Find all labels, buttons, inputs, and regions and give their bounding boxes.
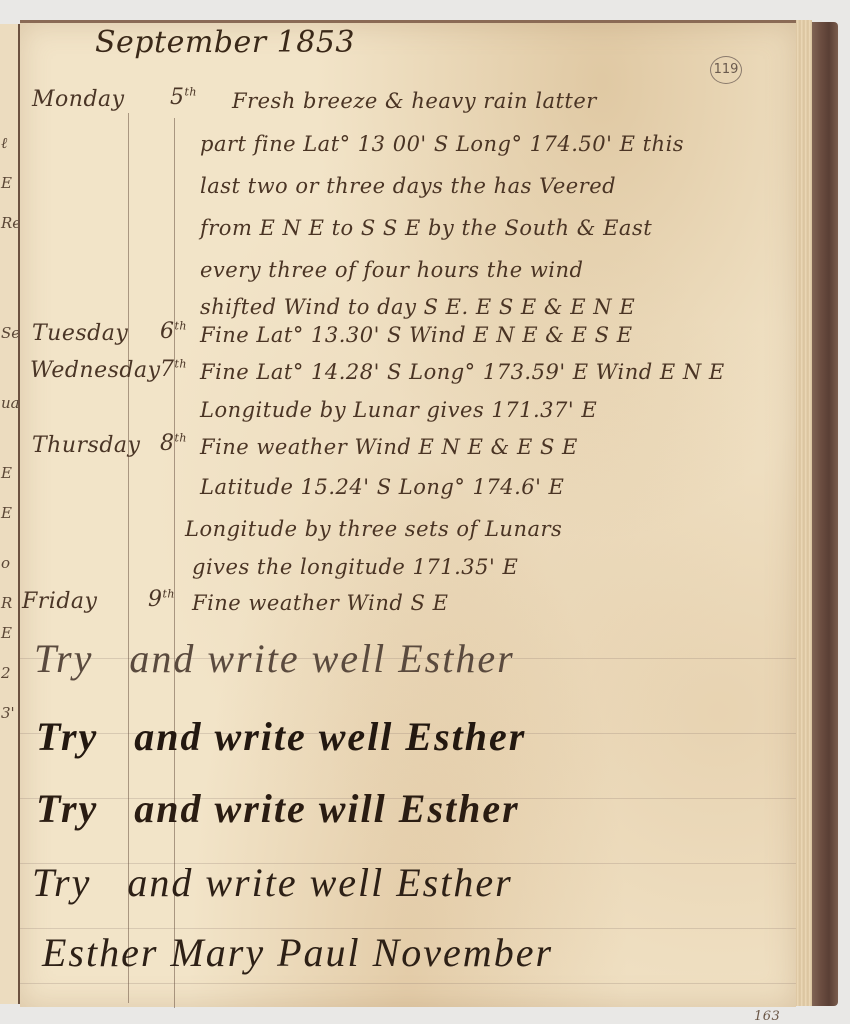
facing-fragment: Re xyxy=(1,214,20,232)
page-number-stamp: 119 xyxy=(710,56,742,84)
signature-line: Esther Mary Paul November xyxy=(42,929,553,976)
facing-fragment: E xyxy=(1,174,12,192)
journal-page: September 1853 119 Monday 5th Fresh bree… xyxy=(20,20,796,1007)
copybook-line: Try and write well Esther xyxy=(36,713,526,760)
copybook-line: Try and write will Esther xyxy=(36,785,520,832)
log-line: shifted Wind to day S E. E S E & E N E xyxy=(200,295,635,319)
facing-fragment: 3' xyxy=(1,704,15,722)
footer-mark: 163 xyxy=(754,1009,780,1024)
log-line: every three of four hours the wind xyxy=(200,258,584,282)
facing-fragment: 2 xyxy=(1,664,11,682)
date-label: 9th xyxy=(148,587,175,612)
day-label: Monday xyxy=(32,87,125,112)
copybook-line: Try and write well Esther xyxy=(34,635,515,682)
log-line: Fine weather Wind E N E & E S E xyxy=(200,435,578,459)
day-label: Friday xyxy=(22,589,97,614)
date-label: 6th xyxy=(160,319,187,344)
log-line: Fine Lat° 13.30' S Wind E N E & E S E xyxy=(200,323,633,347)
facing-fragment: E xyxy=(1,504,12,522)
facing-fragment: ℓ xyxy=(1,134,7,153)
log-line: from E N E to S S E by the South & East xyxy=(200,216,652,240)
date-label: 7th xyxy=(160,357,187,382)
facing-fragment: o xyxy=(1,554,10,572)
log-line: Longitude by three sets of Lunars xyxy=(185,517,562,541)
facing-fragment: E xyxy=(1,464,12,482)
log-line: gives the longitude 171.35' E xyxy=(192,555,518,579)
day-label: Wednesday xyxy=(30,358,161,383)
day-label: Tuesday xyxy=(32,321,128,346)
ruled-line xyxy=(20,983,796,984)
date-label: 5th xyxy=(170,85,197,110)
log-line: Fine Lat° 14.28' S Long° 173.59' E Wind … xyxy=(200,360,725,384)
log-line: last two or three days the has Veered xyxy=(200,174,616,198)
log-line: Longitude by Lunar gives 171.37' E xyxy=(200,398,597,422)
copybook-line: Try and write well Esther xyxy=(32,859,513,906)
facing-page: ℓ E Re Se ua E E o R E 2 3' xyxy=(0,24,20,1004)
facing-fragment: R xyxy=(1,594,12,612)
facing-fragment: Se xyxy=(1,324,20,342)
facing-fragment: E xyxy=(1,624,12,642)
date-label: 8th xyxy=(160,431,187,456)
page-heading: September 1853 xyxy=(95,25,355,60)
log-line: Fine weather Wind S E xyxy=(192,591,448,615)
day-label: Thursday xyxy=(32,433,140,458)
book-cover-spine xyxy=(808,22,838,1006)
log-line: Latitude 15.24' S Long° 174.6' E xyxy=(200,475,564,499)
facing-fragment: ua xyxy=(1,394,20,412)
log-line: part fine Lat° 13 00' S Long° 174.50' E … xyxy=(200,132,684,156)
log-line: Fresh breeze & heavy rain latter xyxy=(232,89,597,113)
